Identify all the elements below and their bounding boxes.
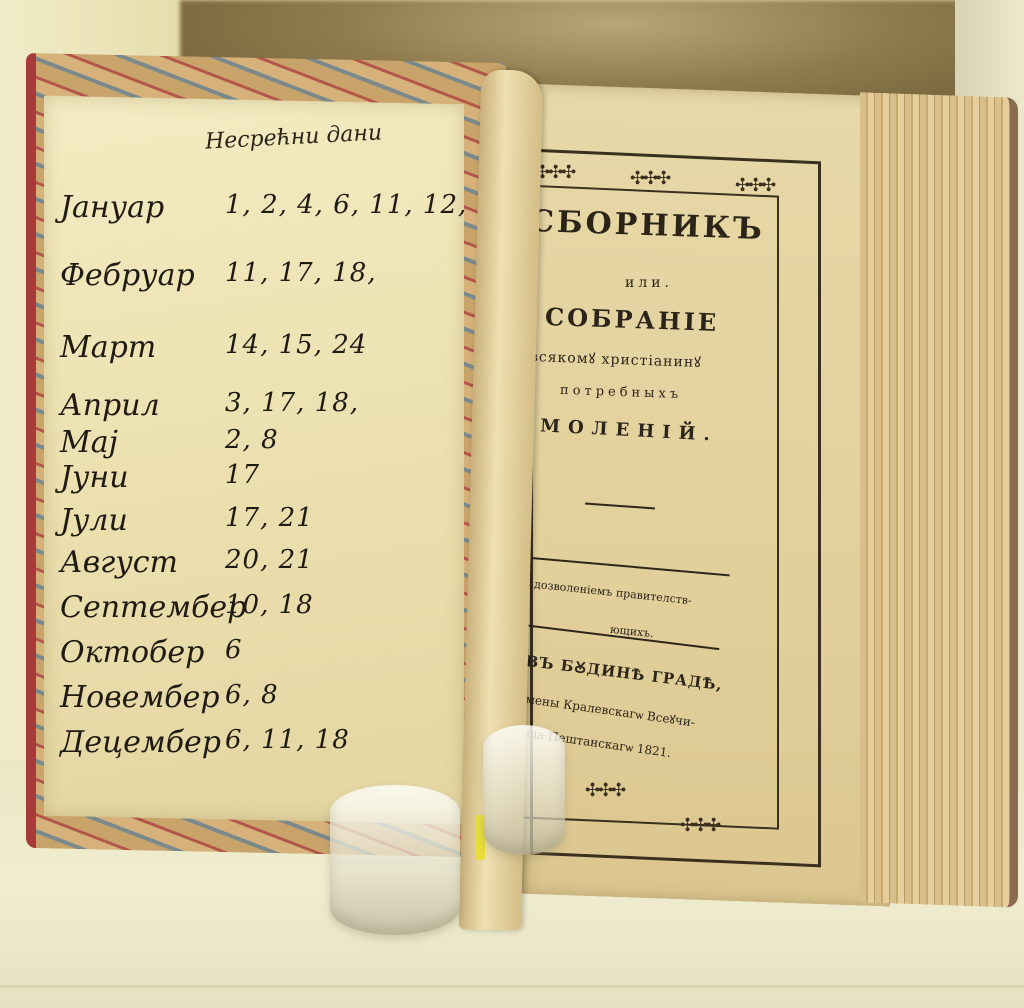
ornament-icon: ✣✣✣: [585, 780, 624, 801]
acrylic-stand-front: [330, 785, 460, 935]
note-row: Октобер6: [60, 635, 243, 670]
note-row: Март14, 15, 24: [60, 330, 367, 365]
shelf-edge: [0, 985, 1024, 988]
note-row: Април3, 17, 18,: [60, 388, 359, 423]
note-row: Новембер6, 8: [60, 680, 279, 715]
note-days: 2, 8: [225, 425, 279, 460]
ornament-icon: ✣✣✣: [680, 815, 719, 836]
note-month: Фебруар: [60, 258, 225, 293]
note-month: Јуни: [60, 460, 225, 495]
text-block-fore-edge: [860, 92, 1018, 908]
note-row: Фебруар11, 17, 18,: [60, 258, 377, 293]
note-month: Мај: [60, 425, 225, 460]
note-days: 17: [225, 460, 260, 495]
note-days: 14, 15, 24: [225, 330, 367, 365]
title-line-sobranie: СОБРАНІЕ: [545, 302, 720, 337]
note-row: Јуни17: [60, 460, 260, 495]
note-days: 11, 17, 18,: [225, 258, 377, 293]
note-month: Јануар: [60, 190, 225, 225]
note-month: Октобер: [60, 635, 225, 670]
note-row: Децембер6, 11, 18: [60, 725, 350, 760]
note-row: Јули17, 21: [60, 503, 314, 538]
note-days: 1, 2, 4, 6, 11, 12, ...: [225, 190, 504, 225]
note-month: Новембер: [60, 680, 225, 715]
acrylic-stand-back: [483, 725, 565, 855]
ornament-icon: ✣✣✣: [630, 168, 669, 189]
note-row: Мај2, 8: [60, 425, 279, 460]
ornament-icon: ✣✣✣: [735, 175, 774, 196]
title-line-or: или.: [625, 275, 673, 291]
note-days: 10, 18: [225, 590, 314, 625]
note-month: Јули: [60, 503, 225, 538]
note-month: Август: [60, 545, 225, 580]
note-days: 6, 11, 18: [225, 725, 350, 760]
note-row: Септембер10, 18: [60, 590, 314, 625]
note-days: 3, 17, 18,: [225, 388, 359, 423]
note-days: 6: [225, 635, 243, 670]
note-days: 20, 21: [225, 545, 314, 580]
note-days: 6, 8: [225, 680, 279, 715]
note-days: 17, 21: [225, 503, 314, 538]
ornament-icon: ✣✣✣: [535, 162, 574, 183]
note-row: Јануар1, 2, 4, 6, 11, 12, ...: [60, 190, 504, 225]
note-month: Децембер: [60, 725, 225, 760]
note-month: Март: [60, 330, 225, 365]
note-month: Април: [60, 388, 225, 423]
note-month: Септембер: [60, 590, 225, 625]
note-row: Август20, 21: [60, 545, 314, 580]
